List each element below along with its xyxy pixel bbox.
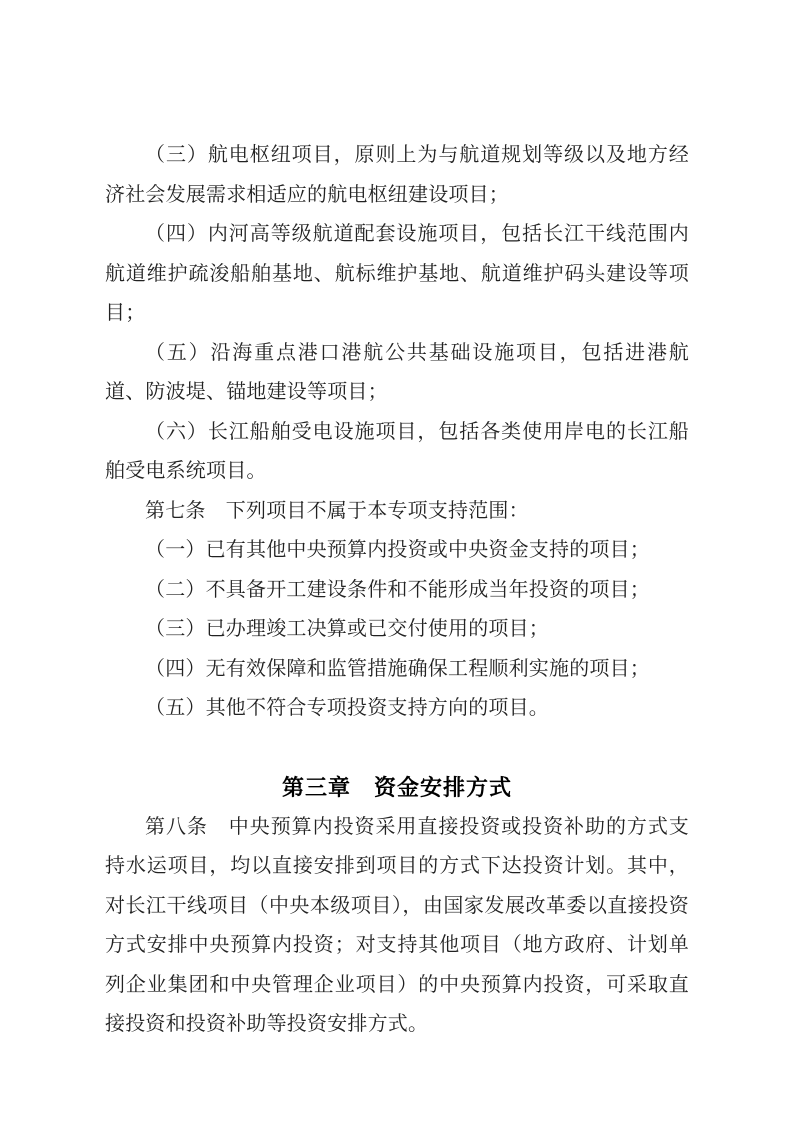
paragraph-item-3-hub-projects: （三）航电枢纽项目，原则上为与航道规划等级以及地方经济社会发展需求相适应的航电枢… — [105, 136, 689, 215]
paragraph-article-8: 第八条 中央预算内投资采用直接投资或投资补助的方式支持水运项目，均以直接安排到项… — [105, 808, 689, 1045]
paragraph-item-6-shore-power: （六）长江船舶受电设施项目，包括各类使用岸电的长江船舶受电系统项目。 — [105, 413, 689, 492]
paragraph-article-7: 第七条 下列项目不属于本专项支持范围： — [105, 492, 689, 532]
paragraph-item-4-waterway-facilities: （四）内河高等级航道配套设施项目，包括长江干线范围内航道维护疏浚船舶基地、航标维… — [105, 215, 689, 334]
paragraph-exclusion-2: （二）不具备开工建设条件和不能形成当年投资的项目； — [105, 571, 689, 611]
paragraph-exclusion-3: （三）已办理竣工决算或已交付使用的项目； — [105, 610, 689, 650]
paragraph-item-5-coastal-ports: （五）沿海重点港口港航公共基础设施项目，包括进港航道、防波堤、锚地建设等项目； — [105, 334, 689, 413]
paragraph-exclusion-1: （一）已有其他中央预算内投资或中央资金支持的项目； — [105, 531, 689, 571]
document-content: （三）航电枢纽项目，原则上为与航道规划等级以及地方经济社会发展需求相适应的航电枢… — [105, 136, 689, 1045]
chapter-heading: 第三章 资金安排方式 — [105, 768, 689, 808]
paragraph-exclusion-4: （四）无有效保障和监管措施确保工程顺利实施的项目； — [105, 650, 689, 690]
paragraph-exclusion-5: （五）其他不符合专项投资支持方向的项目。 — [105, 689, 689, 729]
document-page: （三）航电枢纽项目，原则上为与航道规划等级以及地方经济社会发展需求相适应的航电枢… — [0, 0, 794, 1123]
